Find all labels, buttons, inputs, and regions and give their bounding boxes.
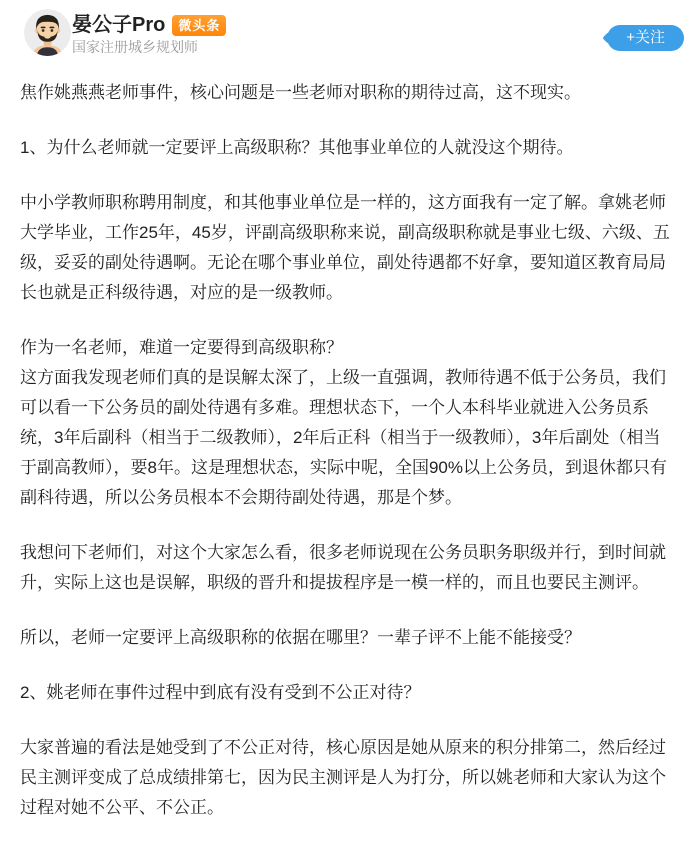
post-paragraph: 我想问下老师们，对这个大家怎么看，很多老师说现在公务员职务职级并行，到时间就升，… xyxy=(20,538,676,598)
weitoutiao-badge: 微头条 xyxy=(172,15,226,36)
avatar[interactable] xyxy=(24,9,71,56)
post-body: 焦作姚燕燕老师事件，核心问题是一些老师对职称的期待过高，这不现实。 1、为什么老… xyxy=(0,60,695,849)
post-paragraph: 中小学教师职称聘用制度，和其他事业单位是一样的，这方面我有一定了解。拿姚老师大学… xyxy=(20,188,676,308)
post-header: 晏公子Pro 微头条 国家注册城乡规划师 +关注 xyxy=(0,0,695,60)
follow-button[interactable]: +关注 xyxy=(607,25,684,51)
author-meta: 晏公子Pro 微头条 国家注册城乡规划师 xyxy=(72,10,675,56)
post-paragraph: 1、为什么老师就一定要评上高级职称？其他事业单位的人就没这个期待。 xyxy=(20,133,676,163)
author-name-row: 晏公子Pro 微头条 xyxy=(72,14,675,36)
post-paragraph: 2、姚老师在事件过程中到底有没有受到不公正对待？ xyxy=(20,678,676,708)
post-card: 晏公子Pro 微头条 国家注册城乡规划师 +关注 焦作姚燕燕老师事件，核心问题是… xyxy=(0,0,695,849)
post-paragraph: 大家普遍的看法是她受到了不公正对待，核心原因是她从原来的积分排第二，然后经过民主… xyxy=(20,733,676,823)
author-name[interactable]: 晏公子Pro xyxy=(72,14,165,36)
post-paragraph: 焦作姚燕燕老师事件，核心问题是一些老师对职称的期待过高，这不现实。 xyxy=(20,78,676,108)
cartoon-man-avatar-icon xyxy=(24,9,71,56)
author-subtitle: 国家注册城乡规划师 xyxy=(72,39,675,56)
post-paragraph: 所以，老师一定要评上高级职称的依据在哪里？一辈子评不上能不能接受？ xyxy=(20,623,676,653)
post-paragraph: 作为一名老师，难道一定要得到高级职称？ 这方面我发现老师们真的是误解太深了，上级… xyxy=(20,333,676,513)
